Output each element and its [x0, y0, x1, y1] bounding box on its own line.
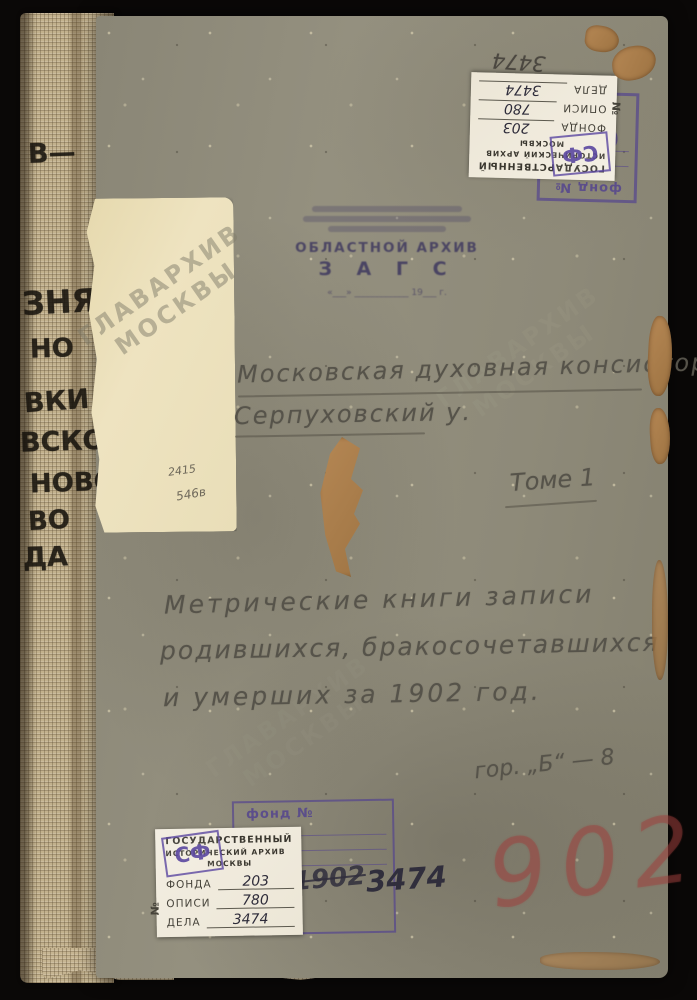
archive-label-top: ГОСУДАРСТВЕННЫЙ ИСТОРИЧЕСКИЙ АРХИВ МОСКВ…: [469, 72, 618, 181]
spine-lettering-fragment: ЗНЯ: [21, 284, 97, 320]
sf-stamp: СФ: [549, 131, 611, 176]
spine-lettering-fragment: НО: [30, 335, 75, 363]
field-value-handwritten: 203: [217, 875, 294, 890]
spine-lettering-fragment: ДА: [23, 543, 69, 572]
stamp-zags-line: З А Г С: [292, 258, 482, 280]
field-label: ФОНДА: [166, 878, 212, 891]
field-label: ОПИСИ: [166, 897, 210, 910]
faded-stamp-line: [312, 206, 462, 212]
handwritten-title-line2: Серпуховский у.: [234, 398, 472, 430]
spine-lettering-fragment: ВО: [27, 507, 70, 535]
field-value-handwritten: 203: [478, 118, 555, 134]
zags-archive-stamp: ОБЛАСТНОЙ АРХИВ З А Г С «___» __________…: [292, 202, 482, 298]
archive-label-bottom: ГОСУДАРСТВЕННЫЙ ИСТОРИЧЕСКИЙ АРХИВ МОСКВ…: [155, 827, 303, 938]
number-sign: №: [148, 902, 161, 915]
case-number-ink: 3474: [365, 859, 448, 899]
field-value-handwritten: 780: [216, 894, 294, 909]
faded-stamp-line: [328, 226, 446, 232]
faded-stamp-line: [303, 216, 471, 222]
handwritten-case-number-rotated: 3474: [491, 48, 546, 76]
field-label: ДЕЛА: [167, 917, 201, 930]
photo-of-archival-book-cover: В— ЗНЯ НО ВКИ ВСКОЕ НОВО ВО ДА 2415 546в…: [0, 0, 697, 1000]
field-label: ДЕЛА: [573, 83, 607, 96]
stamp-date-line: «___» ____________ 19___ г.: [292, 288, 482, 298]
label-field-row: ДЕЛА 3474: [479, 80, 607, 97]
spine-lettering-fragment: В—: [28, 139, 77, 168]
field-value-handwritten: 780: [478, 99, 556, 115]
field-value-handwritten: 3474: [206, 913, 294, 929]
label-field-row: ОПИСИ 780: [166, 894, 294, 910]
label-field-row: ОПИСИ 780: [478, 99, 606, 116]
stamp-archive-line: ОБЛАСТНОЙ АРХИВ: [292, 240, 482, 256]
torn-edge-damage: [652, 560, 668, 680]
spine-lettering-fragment: ВКИ: [23, 386, 90, 417]
field-label: ОПИСИ: [562, 102, 607, 115]
torn-edge-damage: [646, 315, 674, 396]
handwritten-volume-note: Томе 1: [509, 463, 596, 497]
sf-stamp: СФ: [161, 830, 224, 878]
number-sign: №: [609, 102, 622, 116]
label-field-row: ДЕЛА 3474: [167, 913, 295, 929]
cream-spine-label: [86, 197, 236, 533]
fond-stamp-title: фонд №: [540, 179, 634, 200]
torn-edge-damage: [540, 952, 660, 970]
label-field-row: ФОНДА 203: [166, 875, 294, 891]
field-value-handwritten: 3474: [479, 80, 567, 96]
fond-stamp-title: фонд №: [234, 801, 392, 823]
